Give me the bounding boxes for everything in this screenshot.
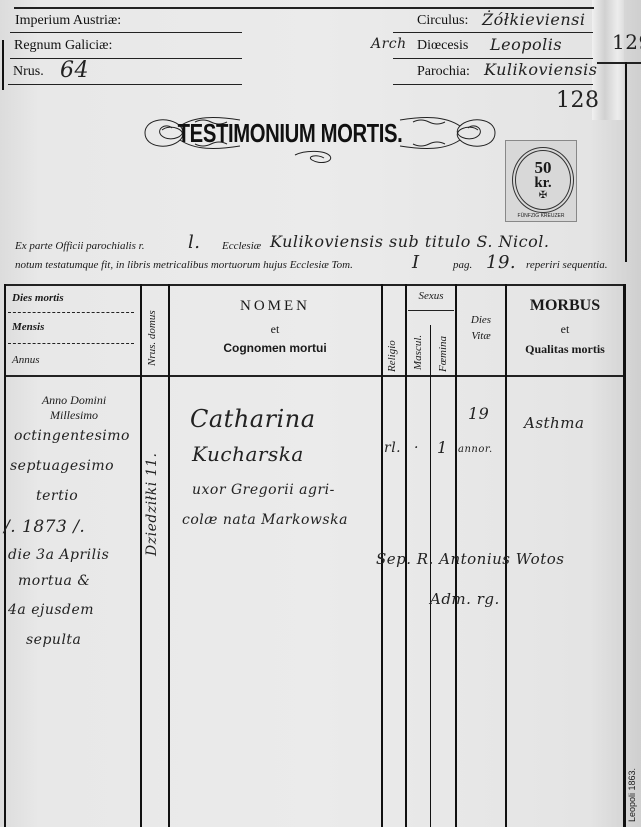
table-header-bottom-rule <box>4 375 626 377</box>
header-foemina: Fœmina <box>437 336 449 372</box>
header-qualitas: Qualitas mortis <box>507 342 623 357</box>
title-banner: TESTIMONIUM MORTIS. <box>140 112 440 154</box>
header-cognomen: Cognomen mortui <box>170 341 380 355</box>
right-frame-rule <box>597 62 641 64</box>
intro-rite: l. <box>188 232 200 253</box>
row-dies-vitae-unit: annor. <box>458 444 493 455</box>
printer-mark: Leopoli 1863. <box>627 768 637 822</box>
tom-value: I <box>412 252 420 273</box>
imperium-rule <box>10 32 242 33</box>
header-annus: Annus <box>12 354 40 366</box>
date-line-1: octingentesimo <box>14 428 130 444</box>
anno-domini: Anno Domini <box>8 393 140 408</box>
intro-church-name: Kulikoviensis sub titulo S. Nicol. <box>270 232 549 251</box>
header-morbus-et: et <box>507 322 623 337</box>
circulus-label: Circulus: <box>417 13 468 29</box>
page-number-top: 129 <box>612 30 641 54</box>
date-line-7: 4a ejusdem <box>8 602 94 618</box>
millesimo: Millesimo <box>8 408 140 423</box>
dioecesis-rule <box>393 58 593 59</box>
page-number: 128 <box>556 88 600 113</box>
row-foemina: 1 <box>437 438 448 457</box>
header-nomen: NOMEN <box>170 298 380 315</box>
name-line-4: colæ nata Markowska <box>182 512 348 528</box>
nrus-rule <box>8 84 242 85</box>
mensis-annus-rule <box>8 343 134 344</box>
name-line-2: Kucharska <box>192 442 304 466</box>
name-line-3: uxor Gregorii agri- <box>192 482 335 498</box>
col-sep-date <box>140 284 142 827</box>
header-mensis: Mensis <box>12 321 44 333</box>
row-mascul: · <box>414 440 419 456</box>
regnum-label: Regnum Galiciæ: <box>14 38 112 54</box>
dies-mensis-rule <box>8 312 134 313</box>
header-religio: Religio <box>386 340 398 372</box>
pag-value: 19. <box>486 252 516 273</box>
table-right-edge <box>623 284 626 827</box>
nrus-value: 64 <box>60 58 89 83</box>
header-nomen-et: et <box>170 322 380 337</box>
row-nrus-domus: Dziedziłki 11. <box>144 453 160 556</box>
date-line-3: tertio <box>36 488 78 504</box>
sexus-rule <box>408 310 454 311</box>
row-religio: rl. <box>384 440 401 456</box>
date-line-5: die 3a Aprilis <box>8 547 109 563</box>
intro-line2-b: reperiri sequentia. <box>526 259 607 271</box>
dioecesis-prefix: Arch <box>371 36 407 52</box>
revenue-stamp: 50 kr. ✠ FÜNFZIG KREUZER <box>505 140 577 222</box>
death-certificate-page: Imperium Austriæ: Regnum Galiciæ: Nrus. … <box>0 0 641 827</box>
header-mascul: Mascul. <box>412 335 424 370</box>
table-left-edge <box>4 284 6 827</box>
right-frame-edge <box>625 62 627 262</box>
intro-line2-a: notum testatumque fit, in libris metrica… <box>15 259 353 271</box>
pag-label: pag. <box>453 259 472 271</box>
imperium-label: Imperium Austriæ: <box>15 13 121 29</box>
table-top-rule <box>4 284 626 286</box>
col-sep-sexus <box>430 325 431 827</box>
parochia-label: Parochia: <box>417 64 470 80</box>
stamp-ring: 50 kr. ✠ <box>512 147 574 213</box>
left-edge-rule <box>2 40 4 90</box>
row-dies-vitae-value: 19 <box>468 404 489 423</box>
date-line-8: sepulta <box>26 632 81 648</box>
header-nrus-domus: Nrus. domus <box>146 310 158 366</box>
document-title: TESTIMONIUM MORTIS. <box>178 118 403 149</box>
stamp-caption: FÜNFZIG KREUZER <box>506 213 576 219</box>
date-line-2: septuagesimo <box>10 458 114 474</box>
eagle-icon: ✠ <box>539 191 547 201</box>
regnum-rule <box>10 58 242 59</box>
name-line-1: Catharina <box>190 405 316 433</box>
col-sep-nrus <box>168 284 170 827</box>
circulus-rule <box>393 32 593 33</box>
row-sepelivit: Sep. R. Antonius Wotos <box>376 550 564 568</box>
parochia-rule <box>393 84 593 85</box>
circulus-value: Żółkieviensi <box>482 10 585 29</box>
header-sexus: Sexus <box>407 290 455 302</box>
header-morbus: MORBUS <box>507 297 623 315</box>
row-sepelivit-title: Adm. rg. <box>430 590 500 608</box>
intro-line1-b: Ecclesiæ <box>222 240 261 252</box>
header-dies-mortis: Dies mortis <box>12 292 64 304</box>
nrus-label: Nrus. <box>13 64 44 80</box>
stamp-value: 50 <box>535 159 552 176</box>
date-line-6: mortua & <box>18 573 90 589</box>
stamp-currency: kr. <box>534 176 551 191</box>
header-dies-vitae-2: Vitæ <box>457 330 505 342</box>
dioecesis-label: Diœcesis <box>417 38 468 54</box>
dioecesis-value: Leopolis <box>490 35 562 54</box>
top-rule <box>14 7 594 9</box>
parochia-value: Kulikoviensis <box>484 60 597 79</box>
row-morbus: Asthma <box>524 414 584 432</box>
header-dies-vitae-1: Dies <box>457 314 505 326</box>
intro-line1-a: Ex parte Officii parochialis r. <box>15 240 144 252</box>
date-line-4-year: /. 1873 /. <box>4 517 85 537</box>
